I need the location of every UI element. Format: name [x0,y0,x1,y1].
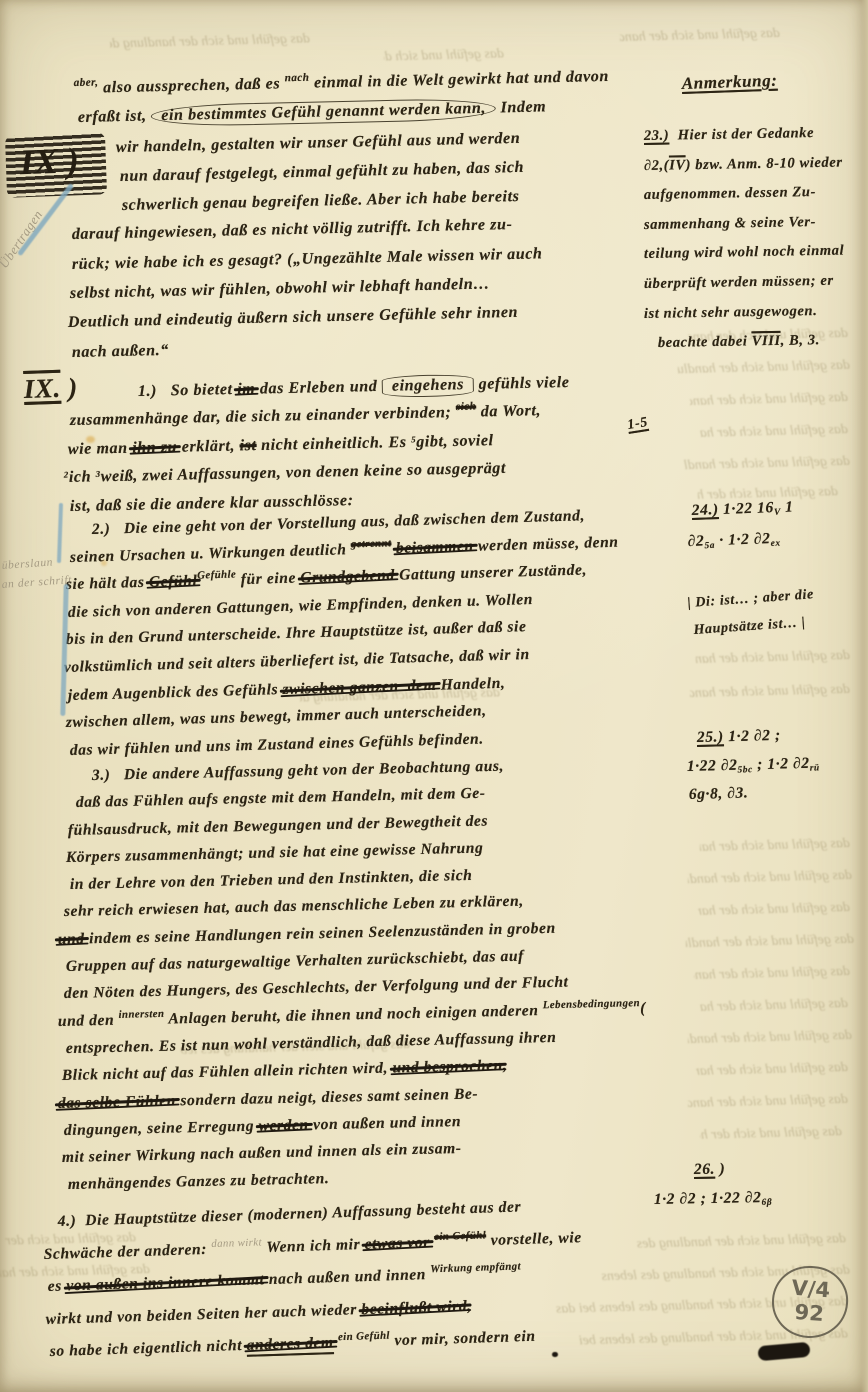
crossed-out-section-number: IX ) [5,134,107,195]
ink-smudge [757,1342,810,1361]
note-26: 26. )1·2 ∂2 ; 1·22 ∂26β [650,1161,772,1221]
margin-range-1-5: 1-5 [628,418,648,438]
handwritten-line: 23.) Hier ist der Gedanke [644,125,845,158]
item-1: 1.) So bietet im das Erleben und eingehe… [68,383,570,527]
stamp-line2: 92 [772,1299,846,1328]
bleedthrough-text: das gefühl und sich der handlung des leb… [684,454,850,478]
handwritten-line: 1-5 [626,415,649,438]
handwritten-line: 24.) 1·22 16V 1 [691,498,794,533]
opening-paragraph: aber, also aussprechen, daß es nach einm… [70,80,609,373]
bleedthrough-text: das gefühl und sich der handlung des leb… [700,996,848,1020]
scribble-strokes [5,132,107,197]
handwritten-line: beachte dabei VIII, B, 3. [658,332,845,365]
handwritten-line: aufgenommen. dessen Zu- [644,184,845,217]
blue-pencil-margin-line-1 [57,503,63,563]
handwritten-line: 1·22 ∂25bc ; 1·2 ∂2rü [687,754,821,786]
paper-stain-small [101,560,107,566]
pencil-note-top: Übertragen [4,258,71,278]
manuscript-page: das gefühl und sich der handlung des leb… [0,0,868,1392]
bleedthrough-text: das gefühl und sich der handlung des leb… [690,682,850,706]
bleedthrough-text: das gefühl und sich der handlung des leb… [700,836,850,860]
bleedthrough-text: das gefühl und sich der handlung des leb… [620,26,780,50]
archive-stamp: V/4 92 [770,1263,851,1340]
bleedthrough-text: das gefühl und sich der handlung des leb… [694,964,850,988]
bleedthrough-text: das gefühl und sich der handlung des leb… [110,31,310,56]
handwritten-line: ist nicht sehr ausgewogen. [644,302,845,335]
bleedthrough-text: das gefühl und sich der handlung des leb… [688,868,852,892]
bleedthrough-text: das gefühl und sich der handlung des leb… [696,648,850,672]
handwritten-line: 6g·8, ∂3. [689,783,821,815]
note-25: 25.) 1·2 ∂2 ;1·22 ∂25bc ; 1·2 ∂2rü6g·8, … [693,729,820,815]
handwritten-line: überprüft werden müssen; er [644,272,845,305]
handwritten-line: 25.) 1·2 ∂2 ; [697,726,821,758]
pencil-note-margin: überslaunan der schrift [2,560,72,598]
bleedthrough-text: das gefühl und sich der handlung des leb… [688,1092,848,1116]
bleedthrough-text: das gefühl und sich der handlung des leb… [636,1231,846,1256]
handwritten-line: 1·2 ∂2 ; 1·22 ∂26β [654,1189,773,1221]
handwritten-line: teilung wird wohl noch einmal [644,243,845,276]
bleedthrough-text: das gefühl und sich der handlung des leb… [700,1124,842,1148]
handwritten-line: an der schrift [1,574,73,598]
item-2: 2.) Die eine geht von der Vorstellung au… [66,521,619,769]
note-23: 23.) Hier ist der Gedanke∂2,(IV) bzw. An… [644,128,844,365]
handwritten-line: Anmerkung: [681,71,778,104]
handwritten-line: sammenhang & seine Ver- [644,213,845,246]
bleedthrough-text: das gefühl und sich der handlung des leb… [696,1060,848,1084]
paper-edge-shadow [861,0,868,1392]
handwritten-line: ∂2,(IV) bzw. Anm. 8-10 wieder [644,154,845,187]
bleedthrough-text: das gefühl und sich der handlung des leb… [686,932,854,956]
bleedthrough-text: das gefühl und sich der handlung des leb… [690,390,848,414]
ink-dot [552,1352,558,1357]
bleedthrough-text: das gefühl und sich der handlung des leb… [698,900,850,924]
item-4: 4.) Die Hauptstütze dieser (modernen) Au… [44,1213,582,1376]
handwritten-line: ∂25a · 1·2 ∂2ex [687,529,794,564]
paper-stain [86,436,95,443]
bleedthrough-text: das gefühl und sich der handlung des leb… [700,422,848,446]
note-24: 24.) 1·22 16V 1∂25a · 1·2 ∂2ex [692,502,794,564]
note-24-comment: | Di: ist… ; aber dieHauptsätze ist… | [688,596,815,650]
bleedthrough-text: das gefühl und sich der handlung des leb… [688,1028,852,1052]
handwritten-line: 26. ) [694,1160,773,1191]
annotation-heading: Anmerkung: [682,74,778,104]
item-3: 3.) Die andere Auffassung geht von der B… [58,767,646,1204]
handwritten-line: Übertragen [0,207,50,273]
bleedthrough-text: das gefühl und sich der handlung des leb… [384,46,504,69]
